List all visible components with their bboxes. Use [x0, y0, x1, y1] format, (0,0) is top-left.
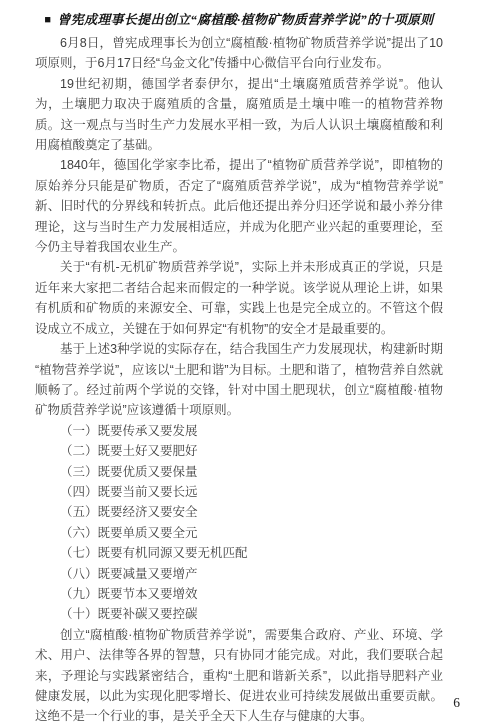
principle-item: （四）既要当前又要长远 [35, 482, 443, 502]
principle-item: （六）既要单质又要全元 [35, 523, 443, 543]
heading-square-bullet-icon: ■ [44, 14, 51, 26]
principles-list: （一）既要传承又要发展（二）既要土好又要肥好（三）既要优质又要保量（四）既要当前… [35, 421, 443, 625]
document-body: 6月8日，曾宪成理事长为创立“腐植酸·植物矿物质营养学说”提出了10项原则，于6… [35, 33, 443, 723]
paragraph: 关于“有机-无机矿物质营养学说”，实际上并未形成真正的学说，只是近年来大家把二者… [35, 257, 443, 339]
principle-item: （三）既要优质又要保量 [35, 462, 443, 482]
principle-item: （一）既要传承又要发展 [35, 421, 443, 441]
paragraph: 19世纪初期，德国学者泰伊尔，提出“土壤腐殖质营养学说”。他认为，土壤肥力取决于… [35, 74, 443, 156]
intro-paragraphs: 6月8日，曾宪成理事长为创立“腐植酸·植物矿物质营养学说”提出了10项原则，于6… [35, 33, 443, 421]
principle-item: （十）既要补碳又要控碳 [35, 604, 443, 624]
principle-item: （五）既要经济又要安全 [35, 502, 443, 522]
section-heading: ■曾宪成理事长提出创立“腐植酸·植物矿物质营养学说”的十项原则 [35, 9, 443, 28]
paragraph: 创立“腐植酸·植物矿物质营养学说”，需要集合政府、产业、环境、学术、用户、法律等… [35, 625, 443, 723]
paragraph: 6月8日，曾宪成理事长为创立“腐植酸·植物矿物质营养学说”提出了10项原则，于6… [35, 33, 443, 74]
principle-item: （二）既要土好又要肥好 [35, 441, 443, 461]
document-content: ■曾宪成理事长提出创立“腐植酸·植物矿物质营养学说”的十项原则 6月8日，曾宪成… [35, 9, 443, 723]
paragraph: 基于上述3种学说的实际存在，结合我国生产力发展现状，构建新时期“植物营养学说”，… [35, 339, 443, 421]
principle-item: （七）既要有机同源又要无机匹配 [35, 543, 443, 563]
document-page: ■曾宪成理事长提出创立“腐植酸·植物矿物质营养学说”的十项原则 6月8日，曾宪成… [0, 0, 477, 723]
principle-item: （八）既要减量又要增产 [35, 564, 443, 584]
heading-text: 曾宪成理事长提出创立“腐植酸·植物矿物质营养学说”的十项原则 [57, 12, 433, 27]
paragraph: 1840年，德国化学家李比希，提出了“植物矿质营养学说”，即植物的原始养分只能是… [35, 155, 443, 257]
page-number: 6 [453, 695, 460, 711]
closing-paragraphs: 创立“腐植酸·植物矿物质营养学说”，需要集合政府、产业、环境、学术、用户、法律等… [35, 625, 443, 723]
principle-item: （九）既要节本又要增效 [35, 584, 443, 604]
